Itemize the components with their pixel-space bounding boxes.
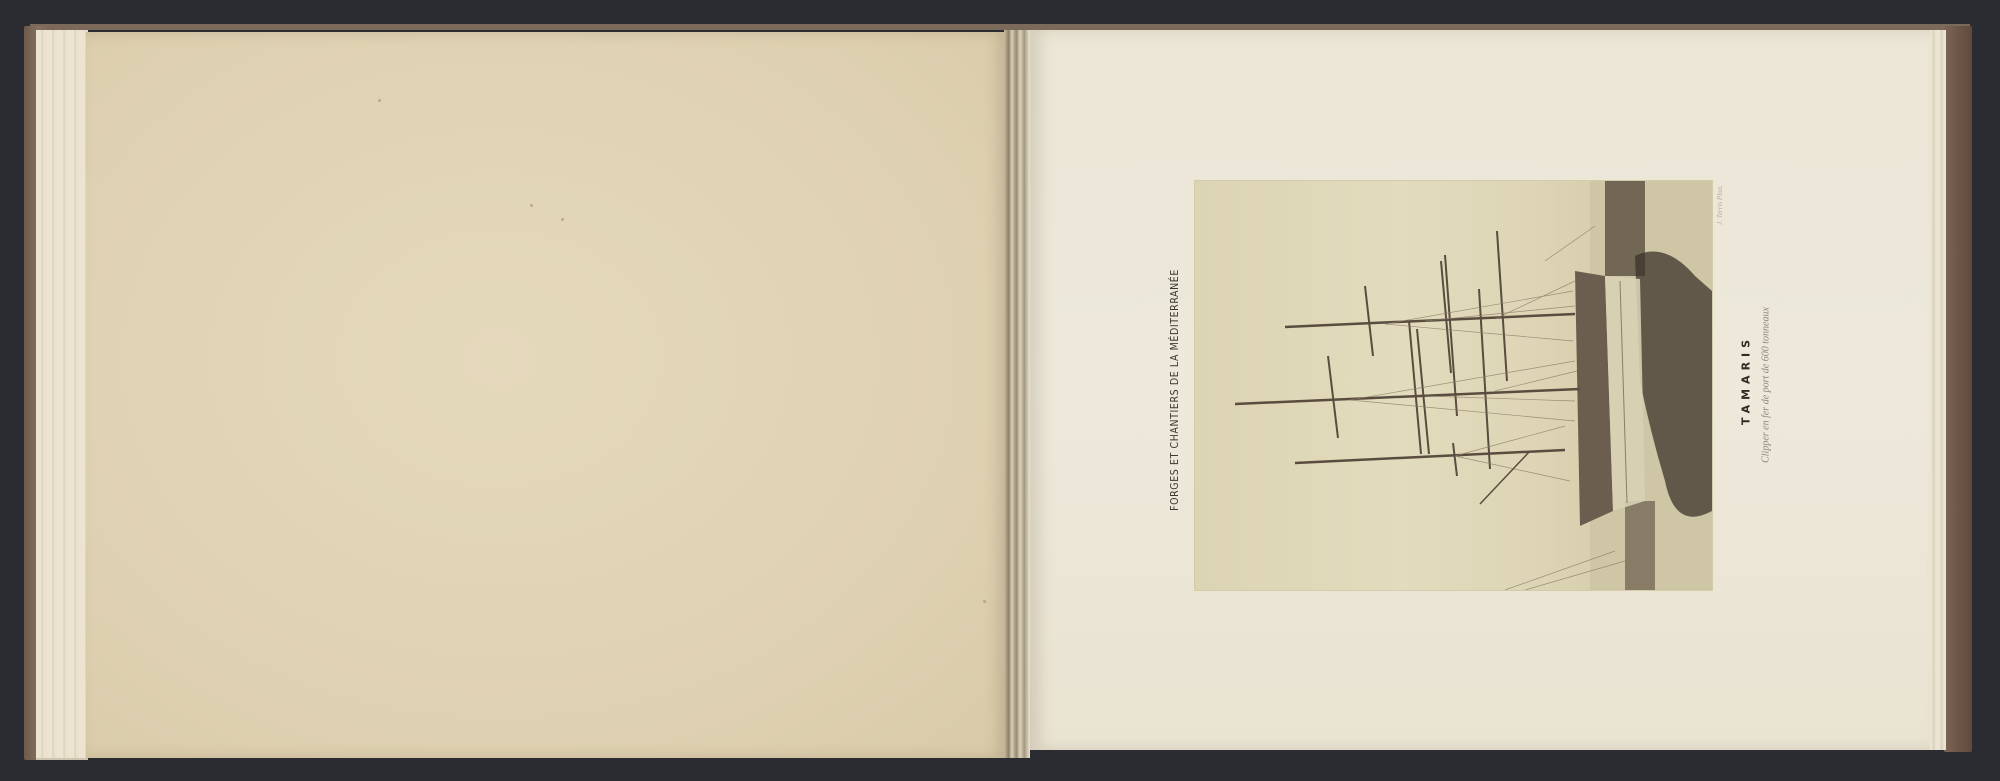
album-gutter — [1004, 30, 1030, 758]
photo-subtitle: Clipper en fer de port de 600 tonneaux — [1761, 307, 1772, 463]
foxing-spot — [378, 99, 381, 102]
album-cover-right — [1944, 26, 1972, 752]
left-page-blemishes — [86, 32, 1006, 758]
page-stack-left — [36, 30, 88, 760]
photo-album-spread: FORGES ET CHANTIERS DE LA MÉDITERRANÉE — [0, 0, 2000, 781]
ship-photograph — [1195, 181, 1712, 590]
series-caption: FORGES ET CHANTIERS DE LA MÉDITERRANÉE — [1169, 269, 1181, 511]
ship-rigging-illustration — [1195, 181, 1712, 590]
page-stack-right — [1928, 30, 1946, 750]
foxing-spot — [561, 218, 564, 221]
photographer-credit: J. Terris Phot. — [1716, 185, 1724, 225]
foxing-spot — [983, 600, 986, 603]
photo-title: TAMARIS — [1740, 335, 1753, 425]
foxing-spot — [530, 204, 533, 207]
